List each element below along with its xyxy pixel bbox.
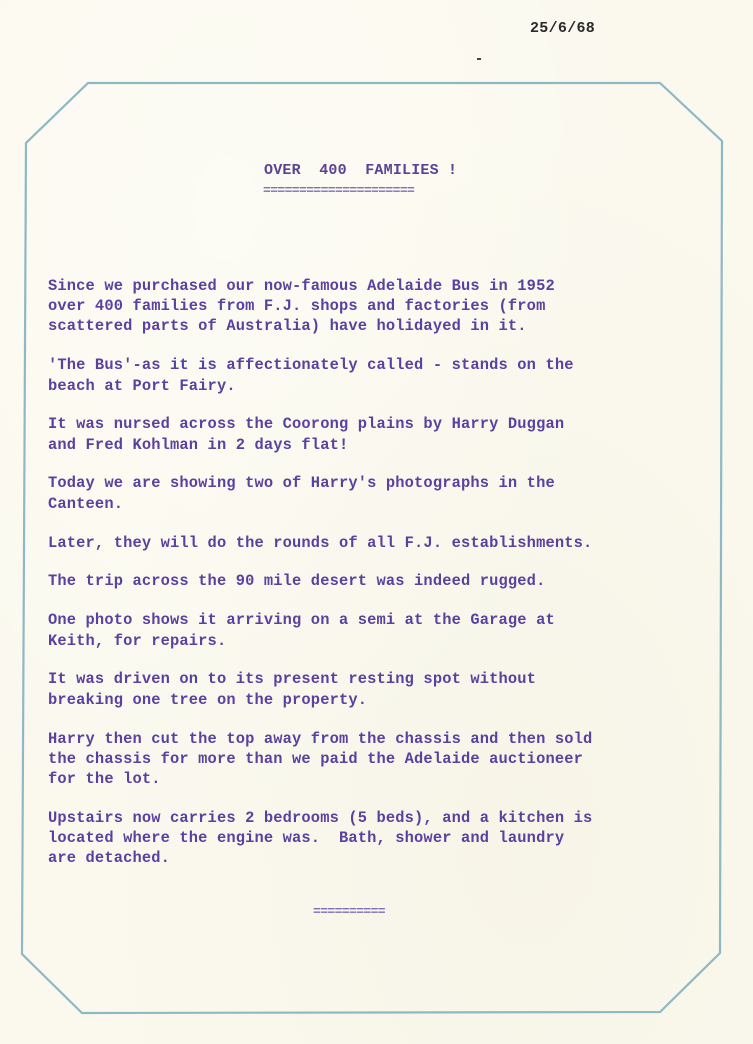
text-line: scattered parts of Australia) have holid… [48,316,708,336]
text-line: Since we purchased our now-famous Adelai… [48,276,708,296]
document-body: Since we purchased our now-famous Adelai… [48,276,708,887]
text-line: for the lot. [48,769,708,789]
text-line: Today we are showing two of Harry's phot… [48,473,708,493]
text-line: Keith, for repairs. [48,631,708,651]
paragraph: Upstairs now carries 2 bedrooms (5 beds)… [48,808,708,869]
text-line: The trip across the 90 mile desert was i… [48,571,708,591]
paragraph: Later, they will do the rounds of all F.… [48,533,708,553]
paragraph: Harry then cut the top away from the cha… [48,729,708,790]
text-line: One photo shows it arriving on a semi at… [48,610,708,630]
closing-rule: ========== [313,904,385,919]
text-line: located where the engine was. Bath, show… [48,828,708,848]
text-line: the chassis for more than we paid the Ad… [48,749,708,769]
document-title: OVER 400 FAMILIES ! [264,162,457,179]
text-line: Harry then cut the top away from the cha… [48,729,708,749]
paragraph: 'The Bus'-as it is affectionately called… [48,355,708,395]
text-line: beach at Port Fairy. [48,376,708,396]
paragraph: Today we are showing two of Harry's phot… [48,473,708,513]
text-line: and Fred Kohlman in 2 days flat! [48,435,708,455]
text-line: It was driven on to its present resting … [48,669,708,689]
text-line: Canteen. [48,494,708,514]
paragraph: The trip across the 90 mile desert was i… [48,571,708,591]
text-line: Later, they will do the rounds of all F.… [48,533,708,553]
text-line: breaking one tree on the property. [48,690,708,710]
paragraph: It was driven on to its present resting … [48,669,708,709]
text-line: 'The Bus'-as it is affectionately called… [48,355,708,375]
text-line: Upstairs now carries 2 bedrooms (5 beds)… [48,808,708,828]
paragraph: It was nursed across the Coorong plains … [48,414,708,454]
title-underline: ===================== [263,183,414,198]
text-line: are detached. [48,848,708,868]
paragraph: Since we purchased our now-famous Adelai… [48,276,708,337]
text-line: It was nursed across the Coorong plains … [48,414,708,434]
paragraph: One photo shows it arriving on a semi at… [48,610,708,650]
document-date: 25/6/68 [530,20,595,37]
text-line: over 400 families from F.J. shops and fa… [48,296,708,316]
stray-ink-mark [477,58,481,60]
